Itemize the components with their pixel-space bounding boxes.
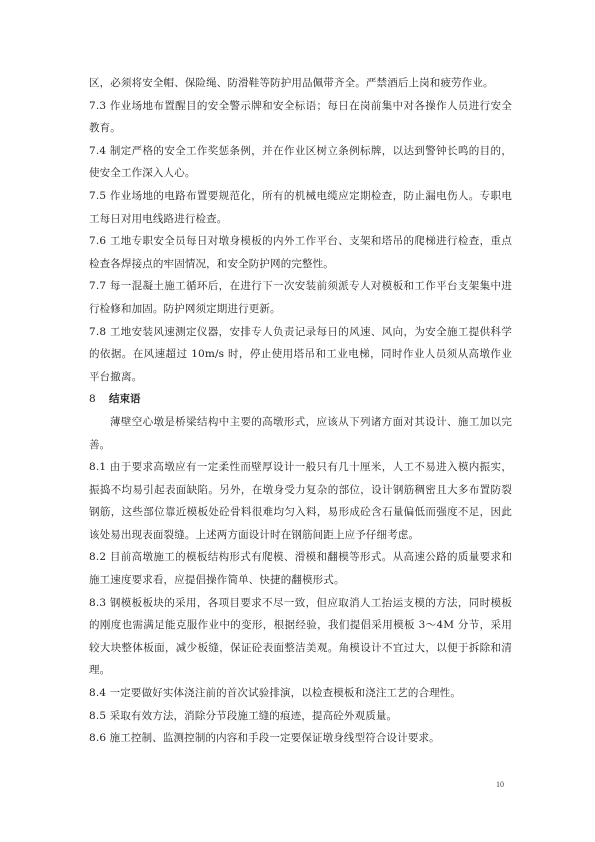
paragraph-8-5: 8.5 采取有效方法，消除分节段施工缝的痕迹，提高砼外观质量。 <box>89 705 512 728</box>
paragraph-7-2-continued: 区，必须将安全帽、保险绳、防滑鞋等防护用品佩带齐全。严禁酒后上岗和疲劳作业。 <box>89 72 512 95</box>
paragraph-8-2: 8.2 目前高墩施工的模板结构形式有爬模、滑模和翻模等形式。从高速公路的质量要求… <box>89 546 512 591</box>
document-body: 区，必须将安全帽、保险绳、防滑鞋等防护用品佩带齐全。严禁酒后上岗和疲劳作业。 7… <box>89 72 512 750</box>
document-page: 区，必须将安全帽、保险绳、防滑鞋等防护用品佩带齐全。严禁酒后上岗和疲劳作业。 7… <box>0 0 595 842</box>
section-heading-8: 8结束语 <box>89 388 512 411</box>
paragraph-8-6: 8.6 施工控制、监测控制的内容和手段一定要保证墩身线型符合设计要求。 <box>89 727 512 750</box>
paragraph-7-5: 7.5 作业场地的电路布置要规范化，所有的机械电缆应定期检查，防止漏电伤人。专职… <box>89 185 512 230</box>
paragraph-8-3: 8.3 钢模板板块的采用，各项目要求不尽一致，但应取消人工抬运支模的方法，同时模… <box>89 592 512 682</box>
section-number: 8 <box>89 388 109 411</box>
paragraph-7-4: 7.4 制定严格的安全工作奖惩条例，并在作业区树立条例标牌，以达到警钟长鸣的目的… <box>89 140 512 185</box>
page-number: 10 <box>496 780 504 789</box>
paragraph-8-1: 8.1 由于要求高墩应有一定柔性而壁厚设计一般只有几十厘米，人工不易进入模内振实… <box>89 456 512 546</box>
paragraph-8-4: 8.4 一定要做好实体浇注前的首次试验排演，以检查模板和浇注工艺的合理性。 <box>89 682 512 705</box>
section-8-intro: 薄壁空心墩是桥梁结构中主要的高墩形式，应该从下列诸方面对其设计、施工加以完善。 <box>89 411 512 456</box>
paragraph-7-3: 7.3 作业场地布置醒目的安全警示牌和安全标语；每日在岗前集中对各操作人员进行安… <box>89 95 512 140</box>
paragraph-7-8: 7.8 工地安装风速测定仪器，安排专人负责记录每日的风速、风向，为安全施工提供科… <box>89 321 512 389</box>
paragraph-7-6: 7.6 工地专职安全员每日对墩身模板的内外工作平台、支架和塔吊的爬梯进行检查，重… <box>89 230 512 275</box>
section-title: 结束语 <box>109 393 141 405</box>
paragraph-7-7: 7.7 每一混凝土施工循环后，在进行下一次安装前须派专人对模板和工作平台支架集中… <box>89 275 512 320</box>
